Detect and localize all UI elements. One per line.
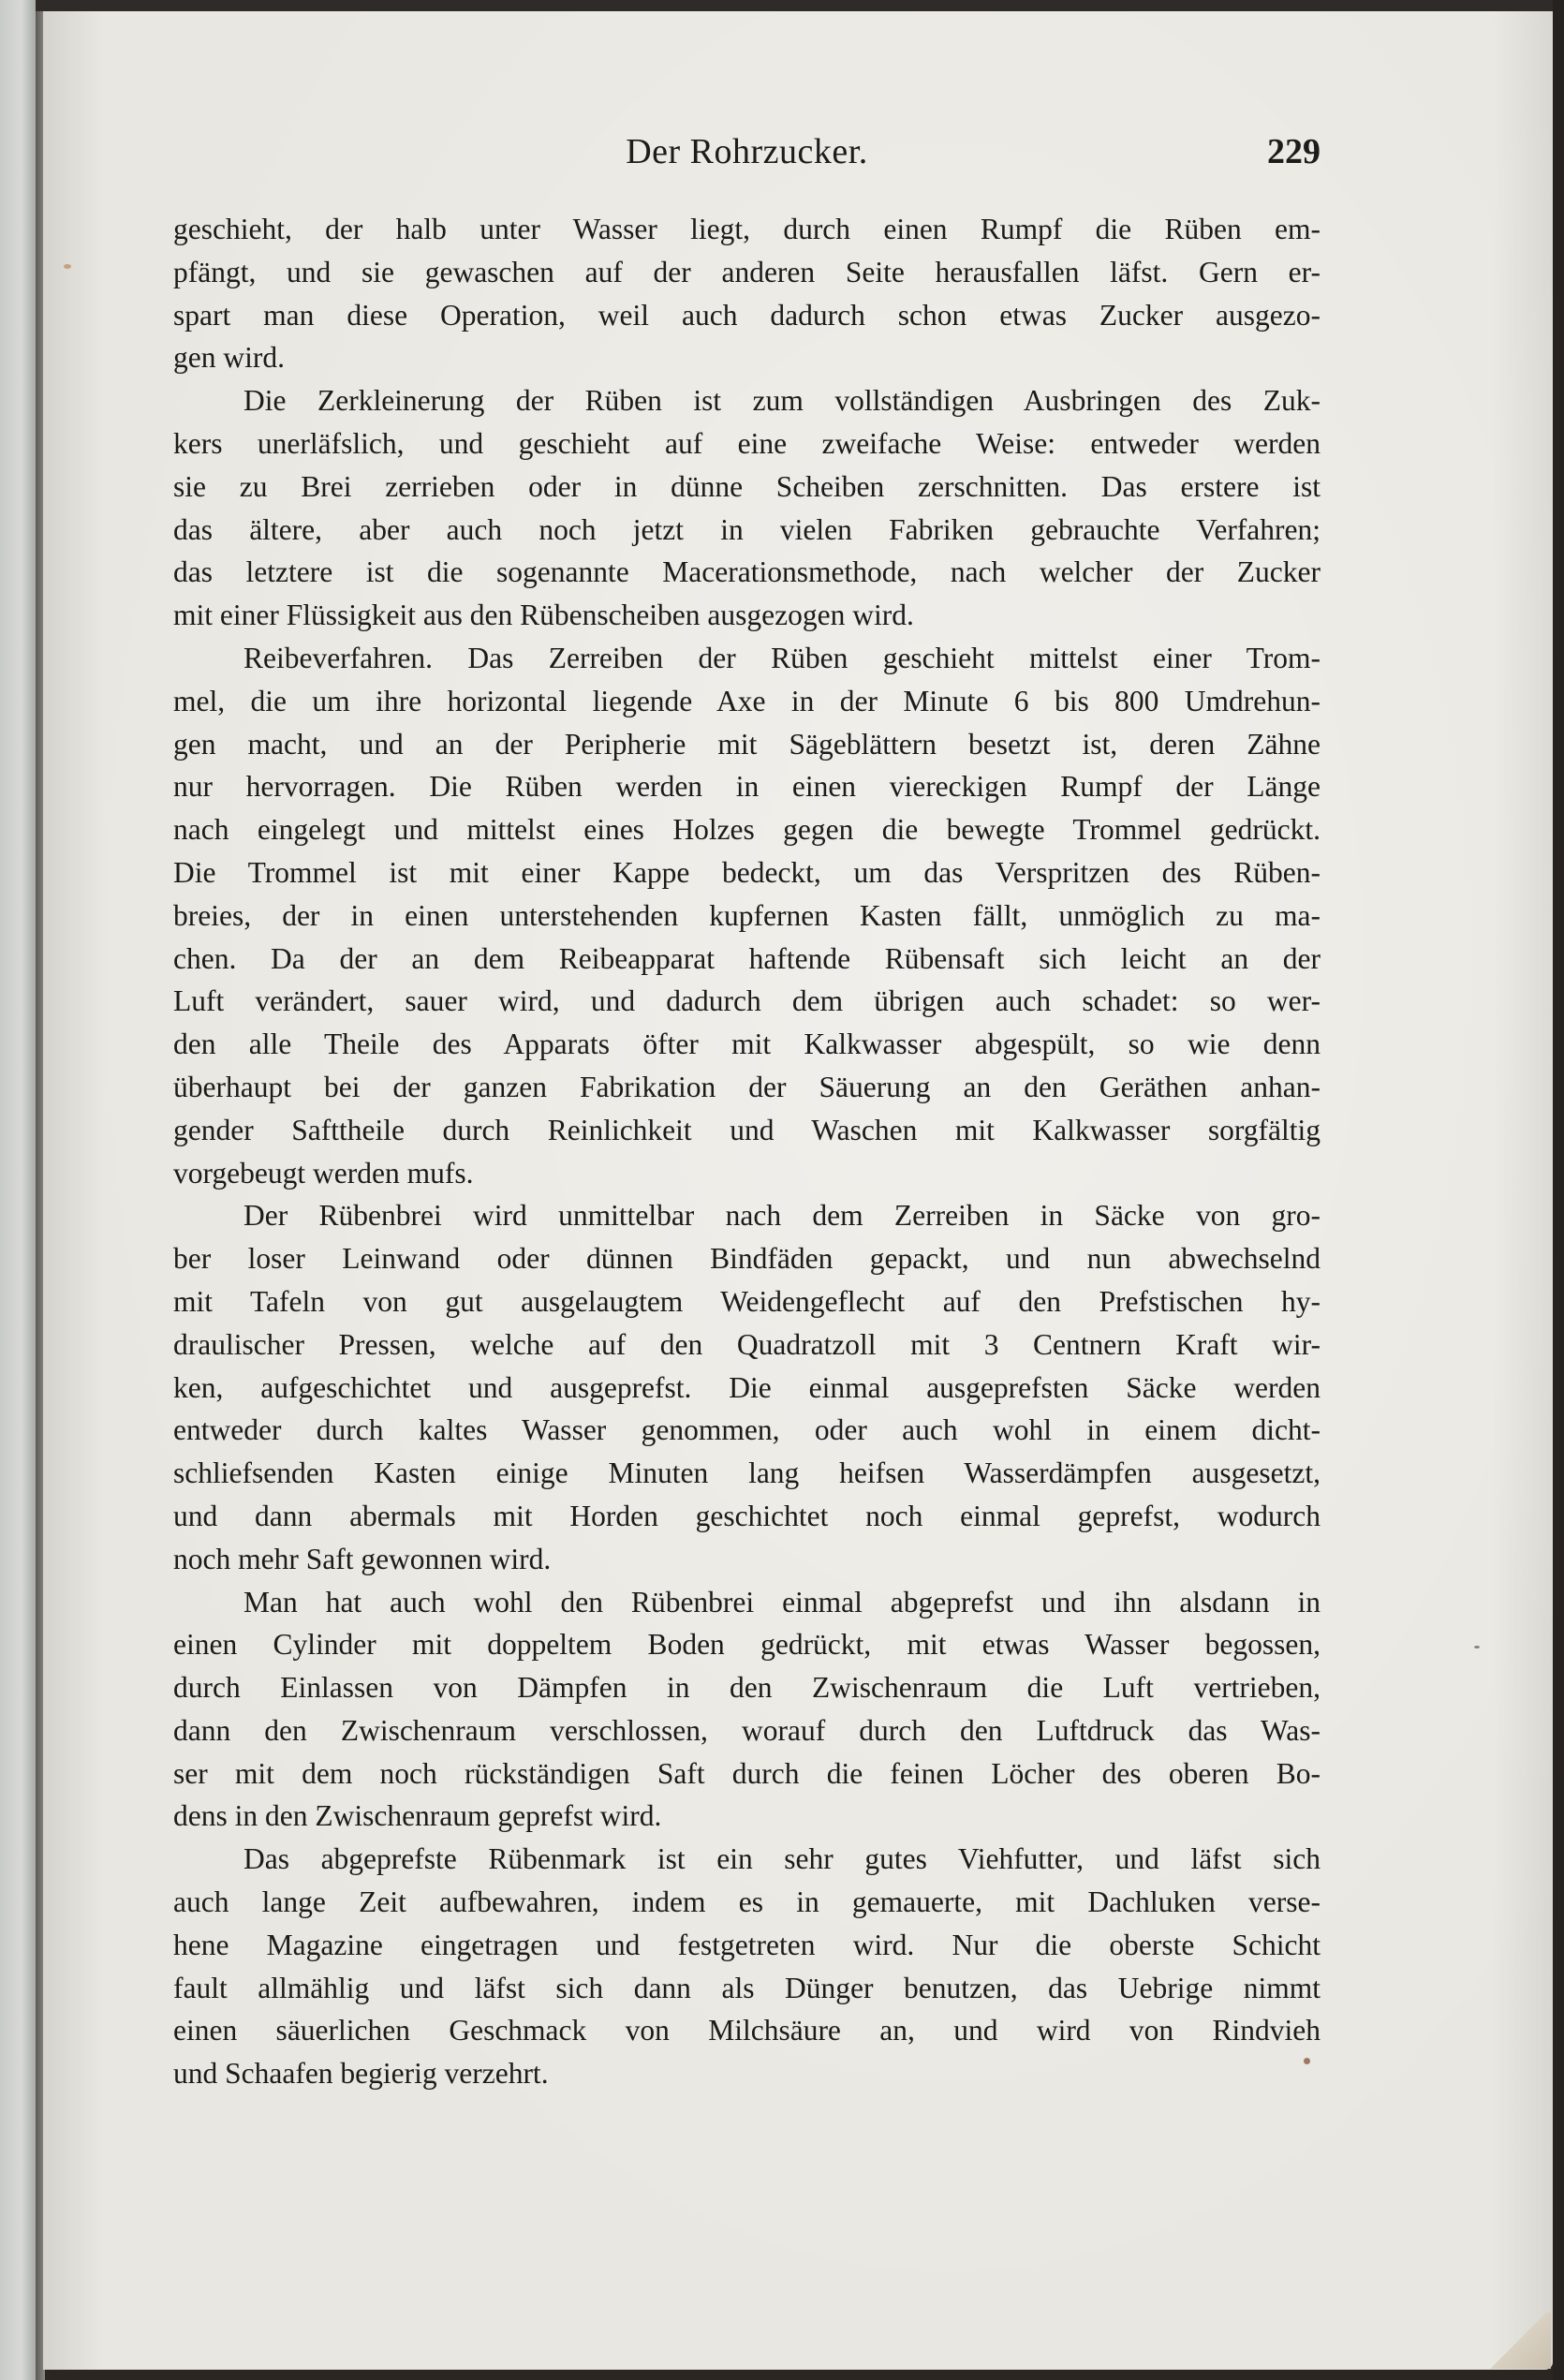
page-number: 229: [1267, 131, 1321, 172]
paragraph: Reibeverfahren. Das Zerreiben der Rüben …: [173, 637, 1321, 1194]
text-line: Der Rübenbrei wird unmittelbar nach dem …: [173, 1194, 1321, 1237]
text-line: Das abgeprefste Rübenmark ist ein sehr g…: [173, 1838, 1321, 1881]
text-line: und dann abermals mit Horden geschichtet…: [173, 1495, 1321, 1538]
paragraph: Die Zerkleinerung der Rüben ist zum voll…: [173, 379, 1321, 637]
text-line: Die Trommel ist mit einer Kappe bedeckt,…: [173, 851, 1321, 894]
adjacent-page-edge: [0, 0, 36, 2380]
text-line: draulischer Pressen, welche auf den Quad…: [173, 1323, 1321, 1367]
paragraph: Der Rübenbrei wird unmittelbar nach dem …: [173, 1194, 1321, 1580]
text-line: einen säuerlichen Geschmack von Milchsäu…: [173, 2009, 1321, 2052]
text-line: pfängt, und sie gewaschen auf der andere…: [173, 251, 1321, 294]
text-line: breies, der in einen unterstehenden kupf…: [173, 894, 1321, 938]
text-line: einen Cylinder mit doppeltem Boden gedrü…: [173, 1623, 1321, 1666]
paper-spot: [64, 264, 71, 269]
text-line: fault allmählig und läfst sich dann als …: [173, 1967, 1321, 2010]
text-line: Man hat auch wohl den Rübenbrei einmal a…: [173, 1581, 1321, 1624]
text-line: dens in den Zwischenraum geprefst wird.: [173, 1795, 1321, 1838]
text-line: mit Tafeln von gut ausgelaugtem Weidenge…: [173, 1280, 1321, 1323]
paper-spot: [1474, 1646, 1480, 1648]
body-text: geschieht, der halb unter Wasser liegt, …: [173, 208, 1321, 2095]
text-line: dann den Zwischenraum verschlossen, wora…: [173, 1709, 1321, 1752]
text-line: mit einer Flüssigkeit aus den Rübenschei…: [173, 594, 1321, 637]
text-line: chen. Da der an dem Reibeapparat haftend…: [173, 938, 1321, 981]
text-line: Luft verändert, sauer wird, und dadurch …: [173, 980, 1321, 1023]
text-line: das ältere, aber auch noch jetzt in viel…: [173, 509, 1321, 552]
paragraph: Man hat auch wohl den Rübenbrei einmal a…: [173, 1581, 1321, 1839]
paragraph: Das abgeprefste Rübenmark ist ein sehr g…: [173, 1838, 1321, 2095]
text-line: spart man diese Operation, weil auch dad…: [173, 294, 1321, 337]
text-line: gen wird.: [173, 336, 1321, 379]
running-head: Der Rohrzucker. 229: [173, 131, 1321, 178]
text-line: den alle Theile des Apparats öfter mit K…: [173, 1023, 1321, 1066]
text-line: ber loser Leinwand oder dünnen Bindfäden…: [173, 1237, 1321, 1280]
text-line: noch mehr Saft gewonnen wird.: [173, 1538, 1321, 1581]
text-line: sie zu Brei zerrieben oder in dünne Sche…: [173, 466, 1321, 509]
text-line: auch lange Zeit aufbewahren, indem es in…: [173, 1881, 1321, 1924]
scan-top-border: [36, 0, 1564, 11]
text-line: Reibeverfahren. Das Zerreiben der Rüben …: [173, 637, 1321, 680]
text-line: Die Zerkleinerung der Rüben ist zum voll…: [173, 379, 1321, 422]
folded-page-corner: [1485, 2313, 1551, 2369]
text-line: entweder durch kaltes Wasser genommen, o…: [173, 1409, 1321, 1452]
scan-right-border: [1553, 0, 1564, 2380]
text-line: gender Safttheile durch Reinlichkeit und…: [173, 1109, 1321, 1152]
text-line: vorgebeugt werden mufs.: [173, 1152, 1321, 1195]
text-line: nach eingelegt und mittelst eines Holzes…: [173, 808, 1321, 851]
text-line: ser mit dem noch rückständigen Saft durc…: [173, 1752, 1321, 1796]
text-line: kers unerläfslich, und geschieht auf ein…: [173, 422, 1321, 466]
text-line: hene Magazine eingetragen und festgetret…: [173, 1924, 1321, 1967]
text-line: nur hervorragen. Die Rüben werden in ein…: [173, 765, 1321, 808]
text-line: durch Einlassen von Dämpfen in den Zwisc…: [173, 1666, 1321, 1709]
text-line: ken, aufgeschichtet und ausgeprefst. Die…: [173, 1367, 1321, 1410]
running-title: Der Rohrzucker.: [173, 131, 1321, 172]
text-line: gen macht, und an der Peripherie mit Säg…: [173, 723, 1321, 766]
text-line: und Schaafen begierig verzehrt.: [173, 2052, 1321, 2095]
text-line: das letztere ist die sogenannte Macerati…: [173, 551, 1321, 594]
text-line: mel, die um ihre horizontal liegende Axe…: [173, 680, 1321, 723]
text-line: geschieht, der halb unter Wasser liegt, …: [173, 208, 1321, 251]
text-line: überhaupt bei der ganzen Fabrikation der…: [173, 1066, 1321, 1109]
text-line: schliefsenden Kasten einige Minuten lang…: [173, 1452, 1321, 1495]
paragraph: geschieht, der halb unter Wasser liegt, …: [173, 208, 1321, 379]
